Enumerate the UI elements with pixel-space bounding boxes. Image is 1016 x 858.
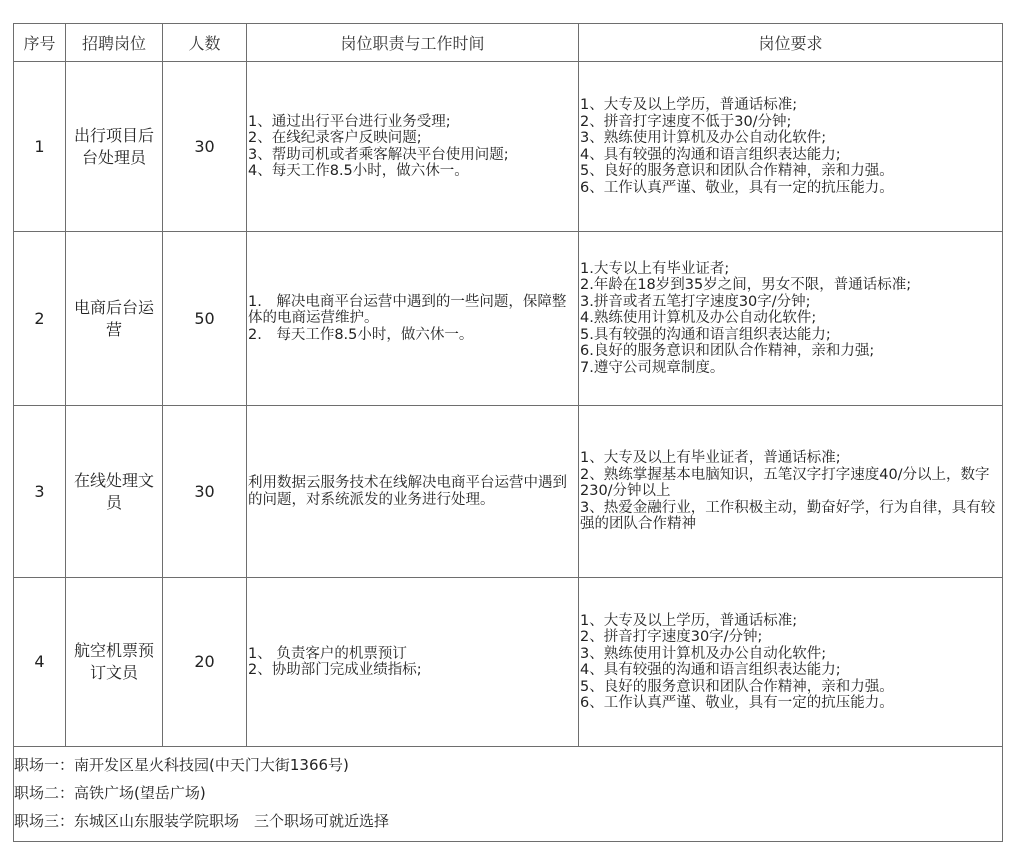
row-duties: 1、 负责客户的机票预订 2、协助部门完成业绩指标;: [247, 578, 579, 747]
row-duties: 1. 解决电商平台运营中遇到的一些问题，保障整体的电商运营维护。 2. 每天工作…: [247, 232, 579, 406]
row-duties: 1、通过出行平台进行业务受理; 2、在线纪录客户反映问题; 3、帮助司机或者乘客…: [247, 62, 579, 232]
row-requirements: 1、大专及以上学历，普通话标准; 2、拼音打字速度30字/分钟; 3、熟练使用计…: [579, 578, 1003, 747]
header-requirements: 岗位要求: [579, 24, 1003, 62]
workplace-list: 职场一：南开发区星火科技园(中天门大街1366号) 职场二：高铁广场(望岳广场)…: [14, 747, 1003, 842]
row-count: 30: [163, 62, 247, 232]
header-count: 人数: [163, 24, 247, 62]
workplace-3: 职场三：东城区山东服装学院职场 三个职场可就近选择: [14, 807, 1002, 835]
header-index: 序号: [14, 24, 66, 62]
row-index: 3: [14, 406, 66, 578]
row-position: 航空机票预订文员: [66, 578, 163, 747]
row-duties: 利用数据云服务技术在线解决电商平台运营中遇到的问题，对系统派发的业务进行处理。: [247, 406, 579, 578]
workplace-2: 职场二：高铁广场(望岳广场): [14, 779, 1002, 807]
row-requirements: 1.大专以上有毕业证者; 2.年龄在18岁到35岁之间，男女不限，普通话标准; …: [579, 232, 1003, 406]
row-count: 20: [163, 578, 247, 747]
header-position: 招聘岗位: [66, 24, 163, 62]
recruitment-table: 序号 招聘岗位 人数 岗位职责与工作时间 岗位要求 1 出行项目后台处理员 30…: [13, 23, 1003, 842]
row-count: 50: [163, 232, 247, 406]
row-index: 1: [14, 62, 66, 232]
workplace-1: 职场一：南开发区星火科技园(中天门大街1366号): [14, 751, 1002, 779]
workplace-footer-row: 职场一：南开发区星火科技园(中天门大街1366号) 职场二：高铁广场(望岳广场)…: [14, 747, 1003, 842]
table-row: 4 航空机票预订文员 20 1、 负责客户的机票预订 2、协助部门完成业绩指标;…: [14, 578, 1003, 747]
row-position: 在线处理文员: [66, 406, 163, 578]
row-index: 4: [14, 578, 66, 747]
row-requirements: 1、大专及以上有毕业证者，普通话标准; 2、熟练掌握基本电脑知识，五笔汉字打字速…: [579, 406, 1003, 578]
row-count: 30: [163, 406, 247, 578]
row-requirements: 1、大专及以上学历，普通话标准; 2、拼音打字速度不低于30/分钟; 3、熟练使…: [579, 62, 1003, 232]
table-row: 2 电商后台运营 50 1. 解决电商平台运营中遇到的一些问题，保障整体的电商运…: [14, 232, 1003, 406]
header-row: 序号 招聘岗位 人数 岗位职责与工作时间 岗位要求: [14, 24, 1003, 62]
header-duties: 岗位职责与工作时间: [247, 24, 579, 62]
row-index: 2: [14, 232, 66, 406]
row-position: 出行项目后台处理员: [66, 62, 163, 232]
table-row: 3 在线处理文员 30 利用数据云服务技术在线解决电商平台运营中遇到的问题，对系…: [14, 406, 1003, 578]
row-position: 电商后台运营: [66, 232, 163, 406]
table-row: 1 出行项目后台处理员 30 1、通过出行平台进行业务受理; 2、在线纪录客户反…: [14, 62, 1003, 232]
